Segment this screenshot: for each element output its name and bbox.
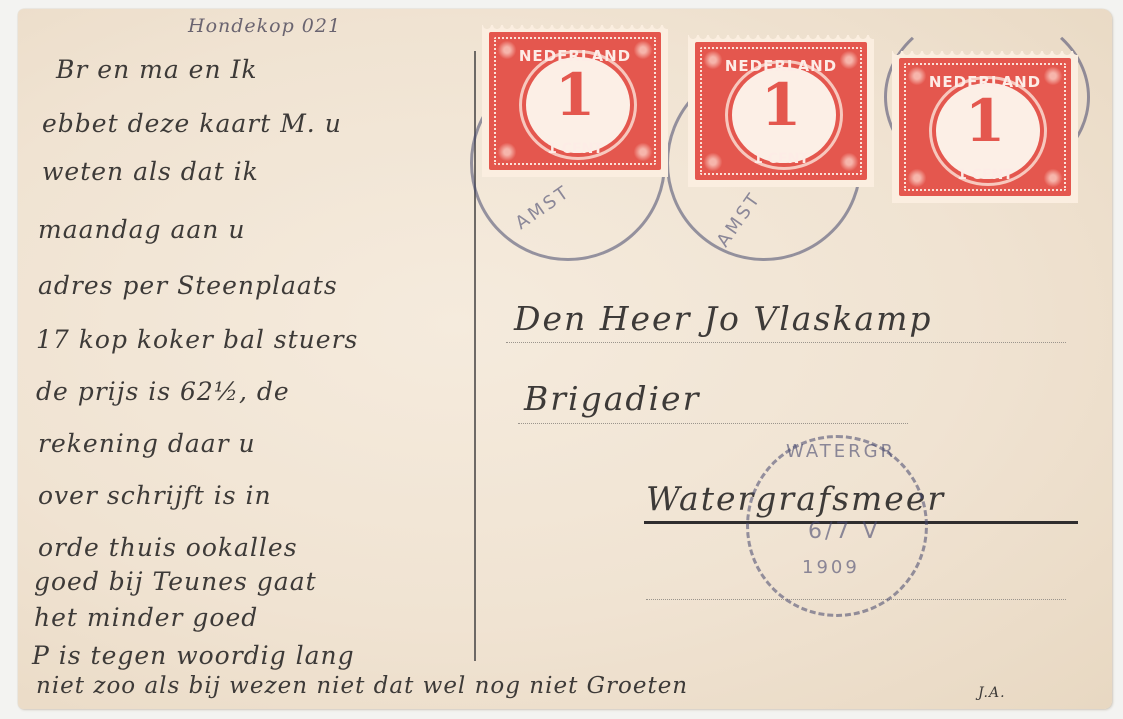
address-guide-line: [506, 342, 1066, 343]
message-line: niet zoo als bij wezen niet dat wel nog …: [36, 673, 688, 699]
message-line: goed bij Teunes gaat: [34, 567, 317, 596]
signature: J.A.: [978, 685, 1006, 701]
message-line: weten als dat ik: [42, 157, 259, 186]
message-line: de prijs is 62½, de: [36, 377, 290, 406]
stamp-denomination: 1 CENT: [482, 141, 668, 157]
address-guide-line: [518, 423, 908, 424]
pencil-note: Hondekop 021: [188, 15, 341, 37]
stamp-denomination: 1 CENT: [892, 167, 1078, 183]
address-title: Brigadier: [524, 379, 700, 418]
stamp-denomination: 1 CENT: [688, 151, 874, 167]
message-line: ebbet deze kaart M. u: [42, 109, 342, 138]
arrival-postmark-place: WATERGR: [786, 441, 896, 462]
message-line: maandag aan u: [38, 215, 245, 244]
postcard: Hondekop 021 Br en ma en Ik ebbet deze k…: [18, 9, 1112, 709]
arrival-postmark-date: 6/7 V: [808, 519, 880, 544]
message-line: rekening daar u: [38, 429, 256, 458]
stamp-value: 1: [688, 73, 874, 137]
stamp-value: 1: [482, 63, 668, 127]
message-line: 17 kop koker bal stuers: [36, 325, 358, 354]
message-line: Br en ma en Ik: [56, 55, 258, 84]
message-line: het minder goed: [34, 603, 258, 632]
message-line: orde thuis ookalles: [38, 533, 298, 562]
message-line: adres per Steenplaats: [38, 271, 338, 300]
address-recipient: Den Heer Jo Vlaskamp: [514, 299, 933, 338]
stamp: NEDERLAND 1 1 CENT: [688, 35, 874, 187]
stamp-value: 1: [892, 89, 1078, 153]
arrival-postmark-year: 1909: [802, 557, 860, 578]
message-line: over schrijft is in: [38, 481, 272, 510]
stamp: NEDERLAND 1 1 CENT: [482, 25, 668, 177]
message-line: P is tegen woordig lang: [32, 641, 355, 670]
stamp: NEDERLAND 1 1 CENT: [892, 51, 1078, 203]
